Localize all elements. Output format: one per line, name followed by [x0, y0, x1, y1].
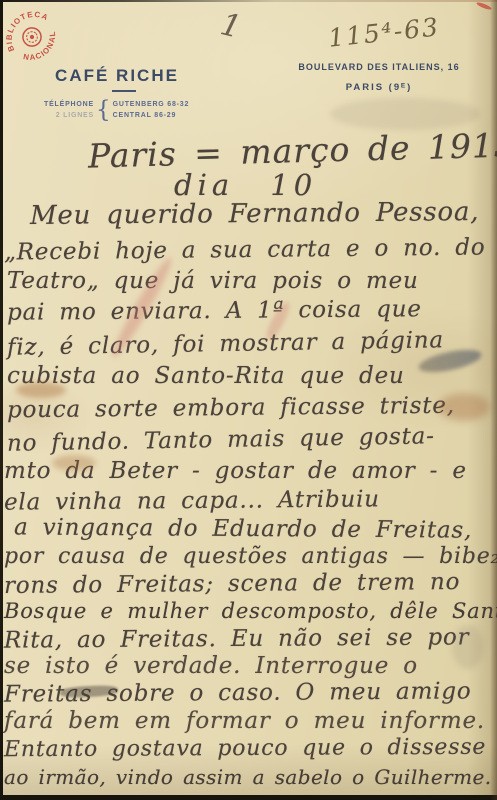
telephone-block: TÉLÉPHONE 2 LIGNES { GUTENBERG 68-32 CEN… — [44, 99, 189, 121]
letter-line: cubista ao Santo-Rita que deu — [7, 363, 405, 389]
letter-line: fará bem em formar o meu informe. — [4, 708, 485, 734]
letter-line: rons do Freitas; scena de trem no — [4, 569, 460, 599]
svg-text:NACIONAL: NACIONAL — [19, 26, 66, 71]
letter-line: Bosque e mulher descomposto, dêle Santa — [4, 599, 497, 623]
paper-edge-left — [0, 0, 3, 800]
letter-line-salutation: Meu querido Fernando Pessoa, — [30, 197, 480, 231]
letter-line: a vingança do Eduardo de Freitas, — [14, 514, 472, 543]
letter-line: ao irmão, vindo assim a sabelo o Guilher… — [4, 765, 491, 789]
letter-line: se isto é verdade. Interrogue o — [4, 653, 418, 679]
letter-line: pouca sorte embora ficasse triste, — [7, 393, 455, 424]
lines-label: 2 LIGNES — [56, 110, 94, 121]
cafe-riche-brand: CAFÉ RICHE — [52, 66, 182, 86]
letter-line-day: dia 10 — [174, 168, 317, 202]
telephone-numbers: GUTENBERG 68-32 CENTRAL 86-29 — [113, 99, 190, 121]
paper-edge-top — [0, 0, 497, 2]
letter-line: „Recebi hoje a sua carta e o no. do — [4, 234, 486, 265]
show-through-smudge — [452, 625, 484, 669]
brace-glyph: { — [96, 99, 111, 121]
phone-number-1: GUTENBERG 68-32 — [113, 99, 190, 110]
letter-line: pai mo enviara. A 1ª coisa que — [7, 296, 422, 326]
telephone-label: TÉLÉPHONE — [44, 99, 94, 110]
show-through-smudge — [330, 98, 480, 130]
page-number-annotation: 1 — [217, 6, 245, 46]
phone-number-2: CENTRAL 86-29 — [113, 110, 190, 121]
letter-sheet: BIBLIOTECA NACIONAL CAFÉ RICHE TÉLÉPHONE… — [0, 0, 497, 800]
brown-stain — [52, 455, 96, 471]
brown-stain — [438, 393, 490, 421]
letter-line: Teatro„ que já vira pois o meu — [7, 268, 419, 294]
letter-line: fiz, é claro, foi mostrar a página — [7, 327, 444, 361]
letter-line: no fundo. Tanto mais que gosta- — [7, 423, 435, 456]
letter-line: Entanto gostava pouco que o dissesse — [4, 735, 486, 763]
brand-underline — [112, 90, 136, 92]
catalog-number-annotation: 115⁴-63 — [327, 12, 441, 53]
brown-stain — [16, 382, 66, 398]
address-city: PARIS (9ᴱ) — [286, 82, 472, 93]
letter-line: por causa de questões antigas — bibe₂ — [4, 544, 497, 569]
telephone-labels: TÉLÉPHONE 2 LIGNES — [44, 99, 94, 121]
paper-edge-right — [490, 0, 497, 800]
stamp-text-bottom: NACIONAL — [19, 26, 66, 71]
paper-edge-bottom — [0, 795, 497, 800]
letter-line: Rita, ao Freitas. Eu não sei se por — [4, 624, 470, 653]
address-street: BOULEVARD DES ITALIENS, 16 — [286, 62, 472, 72]
letter-line: ela vinha na capa... Atribuiu — [4, 486, 380, 515]
